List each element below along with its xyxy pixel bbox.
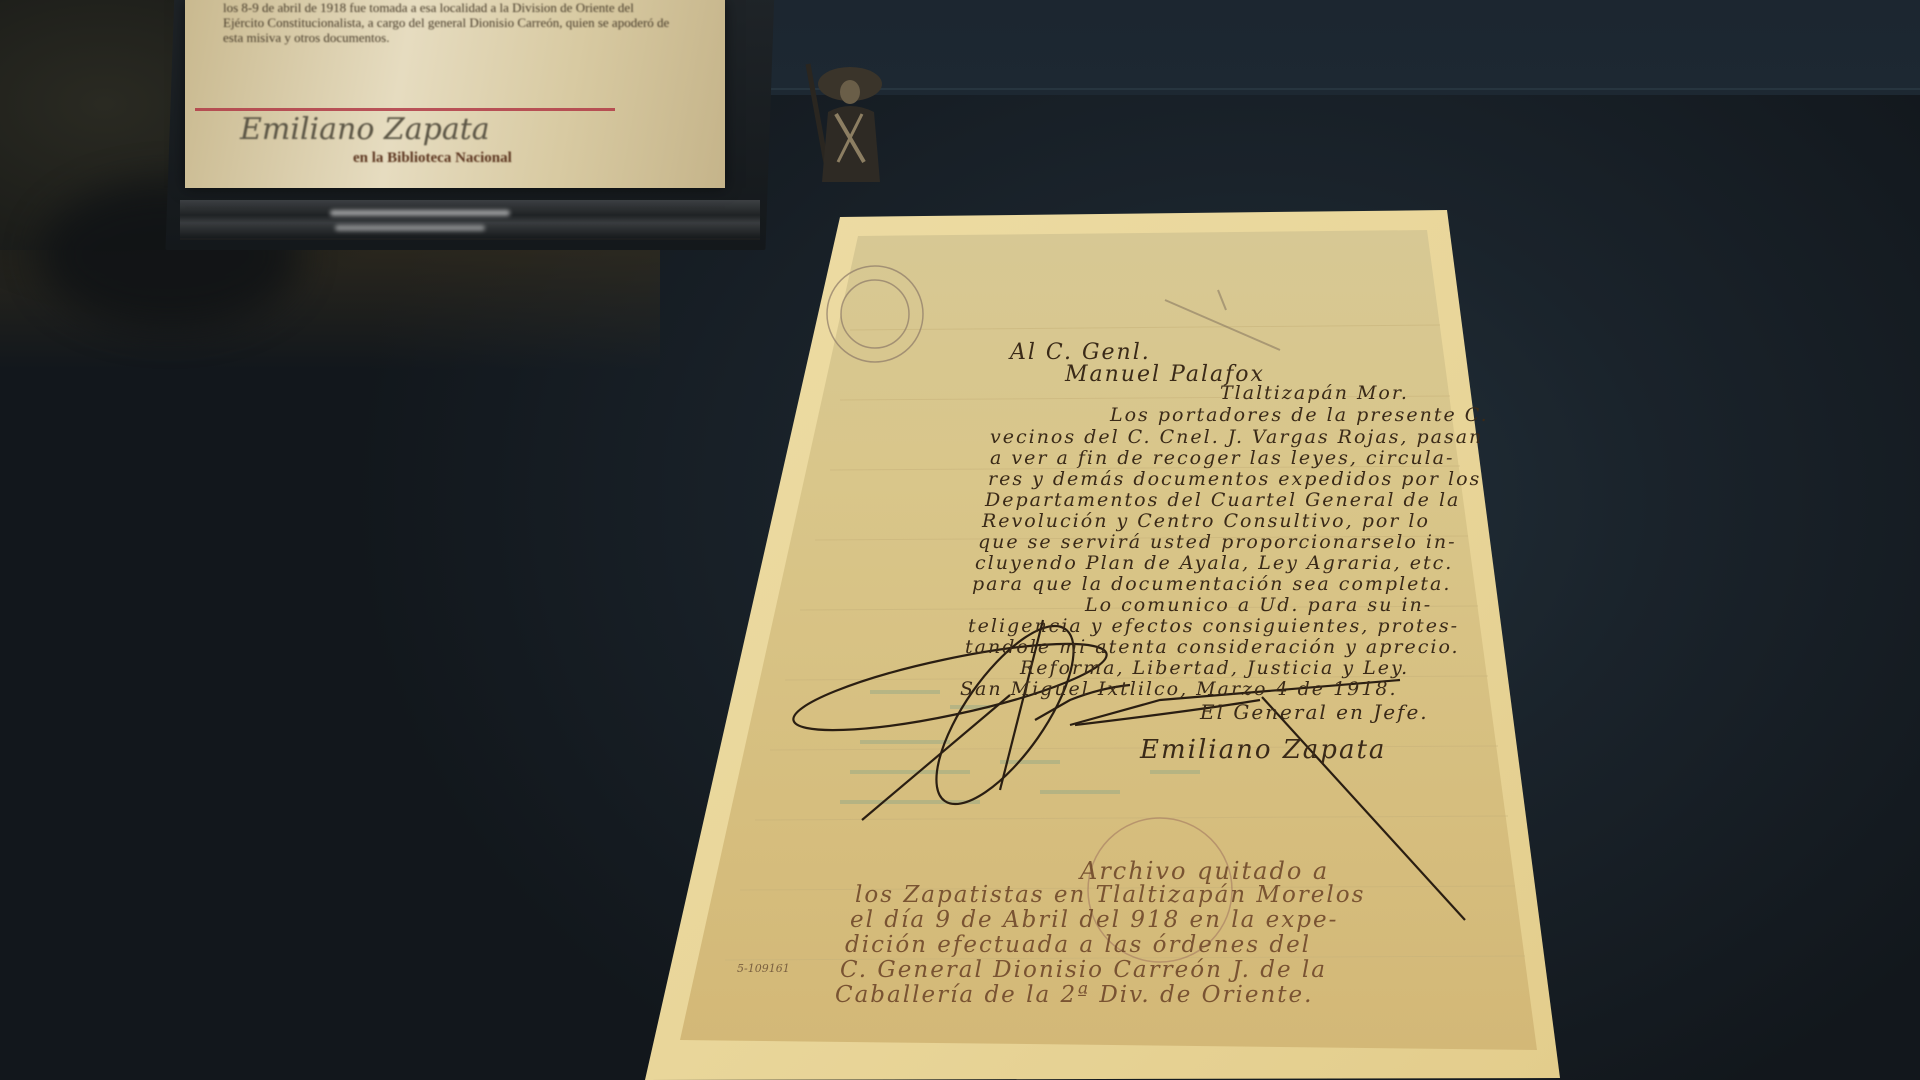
letter-line: vecinos del C. Cnel. J. Vargas Rojas, pa… (990, 426, 1483, 448)
letter-date-line: San Miguel Ixtlilco, Marzo 4 de 1918. (960, 678, 1397, 700)
annotation-line: dición efectuada a las órdenes del (845, 932, 1311, 958)
letter-line: teligencia y efectos consiguientes, prot… (968, 615, 1459, 637)
letter-signature: Emiliano Zapata (1140, 735, 1386, 765)
annotation-line: C. General Dionisio Carreón J. de la (840, 957, 1327, 983)
annotation-line: el día 9 de Abril del 918 en la expe- (850, 907, 1338, 933)
letter-closing: El General en Jefe. (1200, 700, 1429, 724)
letter-line: que se servirá usted proporcionarselo in… (978, 531, 1457, 553)
annotation-line: Archivo quitado a (1080, 857, 1329, 885)
letter-line: Lo comunico a Ud. para su in- (1085, 594, 1432, 616)
letter-line: Reforma, Libertad, Justicia y Ley. (1020, 657, 1409, 679)
display-case-background: los 8-9 de abril de 1918 fue tomada a es… (0, 0, 1920, 1080)
letter-line: a ver a fin de recoger las leyes, circul… (990, 447, 1454, 469)
letter-line: res y demás documentos expedidos por los (988, 468, 1481, 490)
letter-line: Revolución y Centro Consultivo, por lo (982, 510, 1430, 532)
letter-line: Departamentos del Cuartel General de la (985, 489, 1460, 511)
annotation-line: los Zapatistas en Tlaltizapán Morelos (855, 882, 1365, 908)
letter-line: Tlaltizapán Mor. (1220, 382, 1409, 404)
catalog-number: 5-109161 (737, 962, 790, 975)
letter-line: para que la documentación sea completa. (972, 573, 1451, 595)
letter-text-layer: Al C. Genl. Manuel Palafox Tlaltizapán M… (0, 0, 1920, 1080)
annotation-line: Caballería de la 2ª Div. de Oriente. (835, 982, 1313, 1008)
letter-line: cluyendo Plan de Ayala, Ley Agraria, etc… (975, 552, 1453, 574)
letter-line: tandole mi atenta consideración y apreci… (965, 636, 1460, 658)
letter-line: Los portadores de la presente C. (1110, 404, 1489, 426)
